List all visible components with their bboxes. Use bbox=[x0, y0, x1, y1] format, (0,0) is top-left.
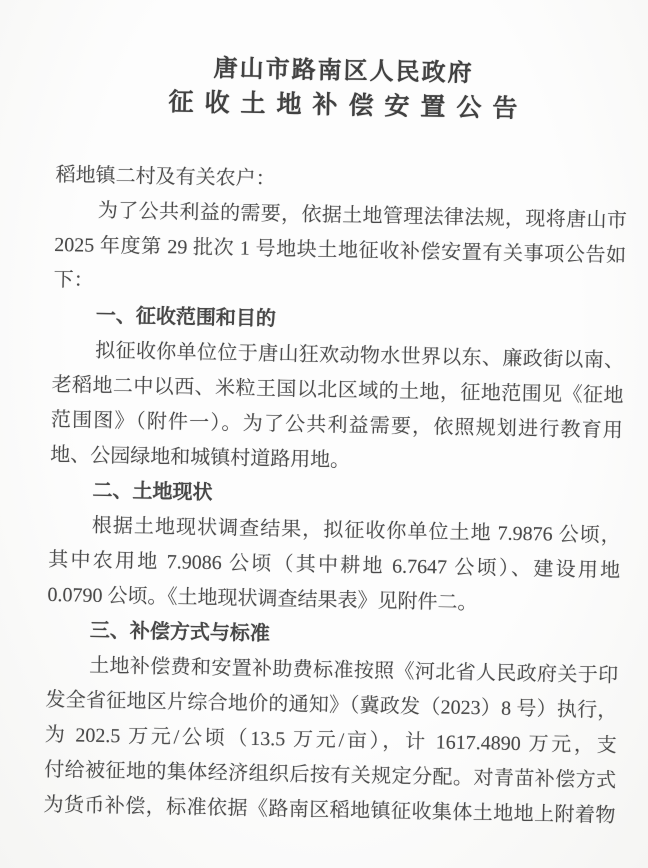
document-body: 唐山市路南区人民政府 征收土地补偿安置公告 稻地镇二村及有关农户： 为了公共利益… bbox=[43, 50, 630, 834]
document-text-block: 稻地镇二村及有关农户： 为了公共利益的需要，依据土地管理法律法规，现将唐山市 2… bbox=[43, 158, 628, 834]
scanned-page-background: 唐山市路南区人民政府 征收土地补偿安置公告 稻地镇二村及有关农户： 为了公共利益… bbox=[0, 0, 648, 868]
